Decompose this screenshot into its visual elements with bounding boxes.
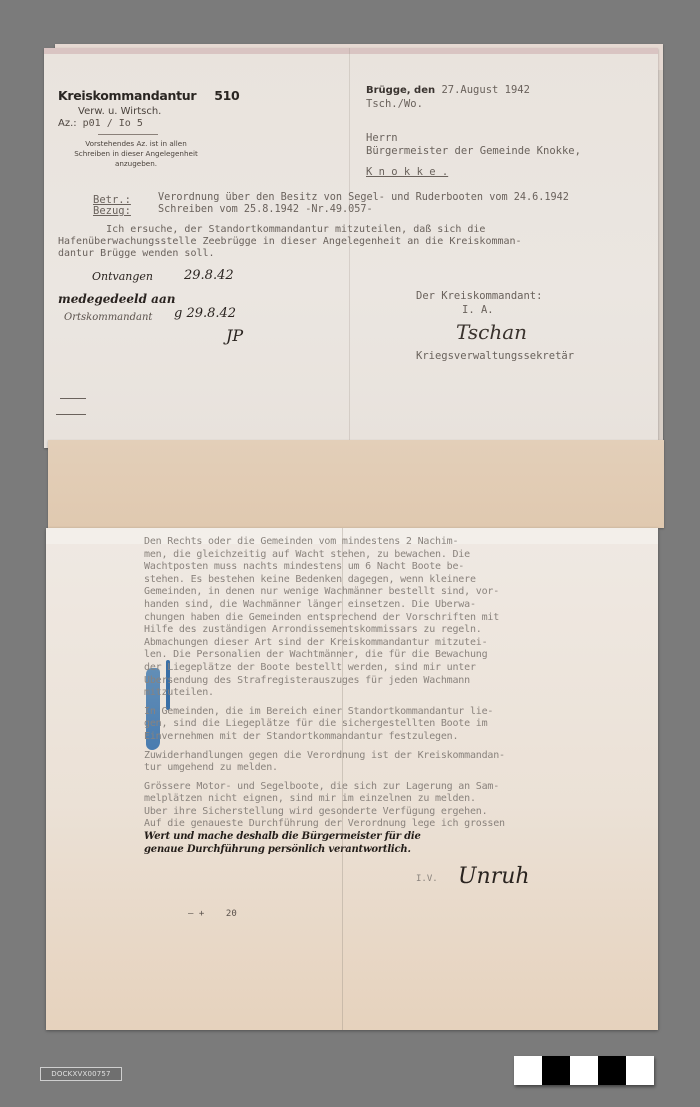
scale-block-white: [626, 1056, 654, 1085]
recipient-salutation: Herrn: [366, 132, 398, 145]
letterhead-department: Verw. u. Wirtsch.: [78, 106, 223, 117]
letterhead-title: Kreiskommandantur510: [58, 88, 223, 103]
handwritten-communicated: medegedeeld aan: [58, 292, 175, 306]
folded-paper-strip: [48, 440, 664, 528]
handwritten-communicated-to: Ortskommandant: [64, 312, 152, 323]
bottom-signature: Unruh: [458, 864, 530, 889]
margin-marks: — + 20: [188, 908, 237, 921]
top-letter: Kreiskommandantur510 Verw. u. Wirtsch. A…: [44, 48, 658, 448]
reference-initials: Tsch./Wo.: [366, 98, 423, 111]
pencil-mark: [60, 398, 86, 399]
handwritten-received: Ontvangen: [92, 270, 153, 283]
letterhead-number: 510: [214, 88, 239, 103]
handwritten-received-date: 29.8.42: [184, 268, 234, 283]
signature: Tschan: [456, 320, 527, 344]
scale-block-black: [598, 1056, 626, 1085]
signature-prefix: I.V.: [416, 873, 438, 886]
recipient-city: K n o k k e .: [366, 166, 448, 179]
letterhead-note: Vorstehendes Az. ist in allen Schreiben …: [66, 139, 206, 169]
signature-ia: I. A.: [462, 304, 494, 317]
place-date: Brügge, den 27.August 1942: [366, 84, 530, 97]
letter-body: Ich ersuche, der Standortkommandantur mi…: [58, 224, 522, 260]
handwritten-communicated-date: g 29.8.42: [174, 306, 236, 321]
letterhead-divider: [98, 134, 158, 135]
scale-block-white: [570, 1056, 598, 1085]
letterhead: Kreiskommandantur510 Verw. u. Wirtsch. A…: [58, 88, 223, 169]
scale-block-black: [542, 1056, 570, 1085]
signature-role: Kriegsverwaltungssekretär: [416, 350, 574, 363]
letterhead-az: Az.:p01 / Io 5: [58, 118, 223, 129]
color-scale-bar: [514, 1056, 654, 1085]
handwritten-initials: JP: [226, 326, 243, 345]
scale-block-white: [514, 1056, 542, 1085]
recipient-name: Bürgermeister der Gemeinde Knokke,: [366, 145, 581, 158]
signature-title: Der Kreiskommandant:: [416, 290, 542, 303]
bottom-letter-body: Den Rechts oder die Gemeinden vom mindes…: [144, 536, 614, 856]
bezug-label: Bezug:: [93, 205, 131, 218]
pencil-mark: [56, 414, 86, 415]
bezug-text: Schreiben vom 25.8.1942 -Nr.49.057-: [158, 203, 373, 216]
inventory-label: DOCKXVX00757: [40, 1067, 122, 1081]
bottom-letter: Den Rechts oder die Gemeinden vom mindes…: [46, 528, 658, 1030]
